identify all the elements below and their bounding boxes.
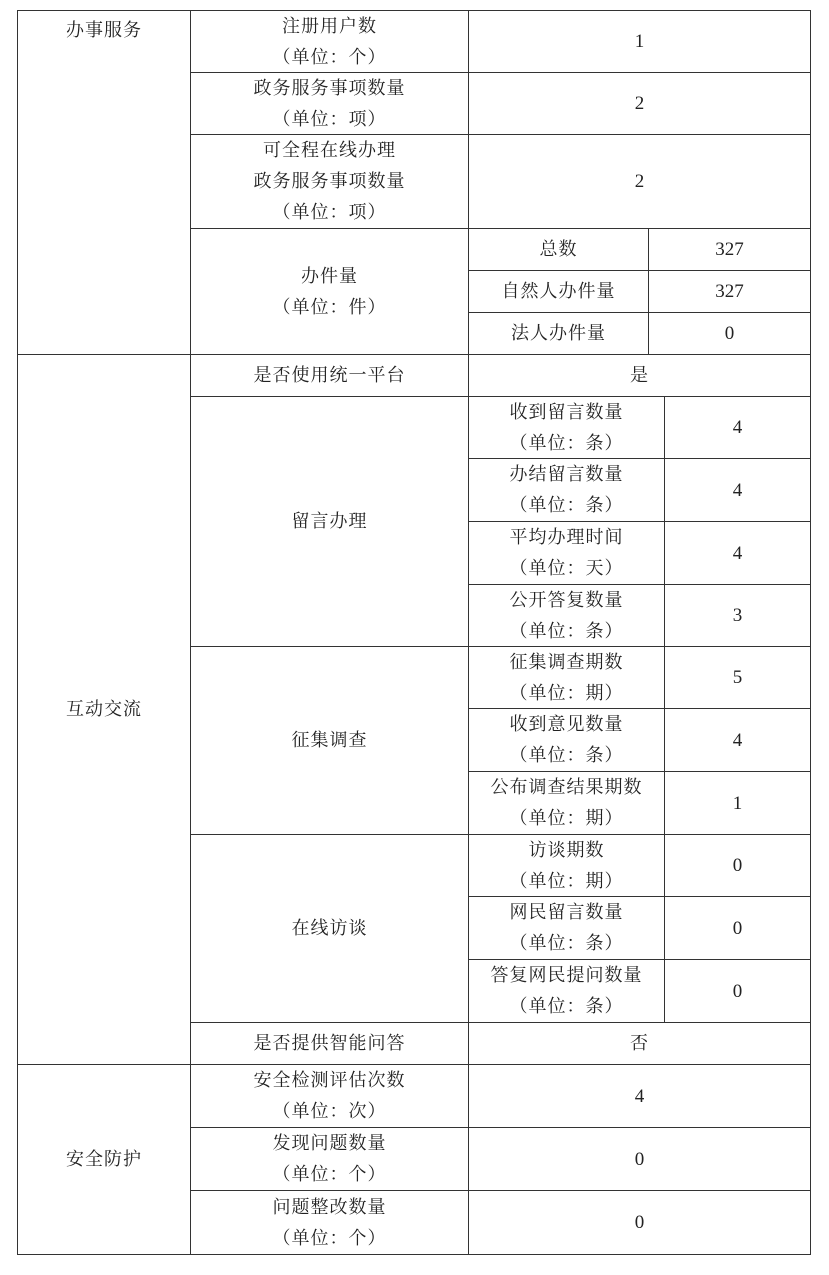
value-online-service-items: 2 [468,134,811,229]
value-issues-found: 0 [468,1127,811,1191]
value-smart-qa: 否 [468,1022,811,1065]
section-interaction: 互动交流 [17,354,191,1065]
label-survey-periods: 征集调查期数 （单位：期） [468,646,665,709]
label-case-legal-person: 法人办件量 [468,312,649,355]
label-messages-received: 收到留言数量 （单位：条） [468,396,665,459]
label-avg-handling-time: 平均办理时间 （单位：天） [468,521,665,585]
value-messages-received: 4 [664,396,811,459]
value-netizen-questions-answered: 0 [664,959,811,1023]
value-netizen-messages: 0 [664,896,811,960]
label-netizen-messages: 网民留言数量 （单位：条） [468,896,665,960]
value-survey-results-published: 1 [664,771,811,835]
label-survey-results-published: 公布调查结果期数 （单位：期） [468,771,665,835]
value-issues-fixed: 0 [468,1190,811,1255]
section-title: 安全防护 [66,1144,142,1175]
value-unified-platform: 是 [468,354,811,397]
label-opinions-received: 收到意见数量 （单位：条） [468,708,665,772]
value-case-legal-person: 0 [648,312,811,355]
value-avg-handling-time: 4 [664,521,811,585]
value-case-natural-person: 327 [648,270,811,313]
value-messages-resolved: 4 [664,458,811,522]
label-case-total: 总数 [468,228,649,271]
value-case-total: 327 [648,228,811,271]
value-security-assessments: 4 [468,1064,811,1128]
label-online-service-items: 可全程在线办理 政务服务事项数量 （单位：项） [190,134,469,229]
label-netizen-questions-answered: 答复网民提问数量 （单位：条） [468,959,665,1023]
value-service-items: 2 [468,72,811,135]
value-interview-periods: 0 [664,834,811,897]
label-smart-qa: 是否提供智能问答 [190,1022,469,1065]
label-surveys: 征集调查 [190,646,469,835]
label-registered-users: 注册用户数 （单位：个） [190,10,469,73]
label-interview-periods: 访谈期数 （单位：期） [468,834,665,897]
label-message-handling: 留言办理 [190,396,469,647]
section-service: 办事服务 [17,10,191,355]
section-security: 安全防护 [17,1064,191,1255]
label-issues-found: 发现问题数量 （单位：个） [190,1127,469,1191]
value-registered-users: 1 [468,10,811,73]
label-online-interviews: 在线访谈 [190,834,469,1023]
value-public-replies: 3 [664,584,811,647]
label-security-assessments: 安全检测评估次数 （单位：次） [190,1064,469,1128]
label-service-items: 政务服务事项数量 （单位：项） [190,72,469,135]
label-public-replies: 公开答复数量 （单位：条） [468,584,665,647]
label-case-natural-person: 自然人办件量 [468,270,649,313]
label-issues-fixed: 问题整改数量 （单位：个） [190,1190,469,1255]
section-title: 办事服务 [66,15,142,46]
section-title: 互动交流 [66,694,142,725]
value-opinions-received: 4 [664,708,811,772]
label-messages-resolved: 办结留言数量 （单位：条） [468,458,665,522]
label-unified-platform: 是否使用统一平台 [190,354,469,397]
value-survey-periods: 5 [664,646,811,709]
label-case-volume: 办件量 （单位：件） [190,228,469,355]
